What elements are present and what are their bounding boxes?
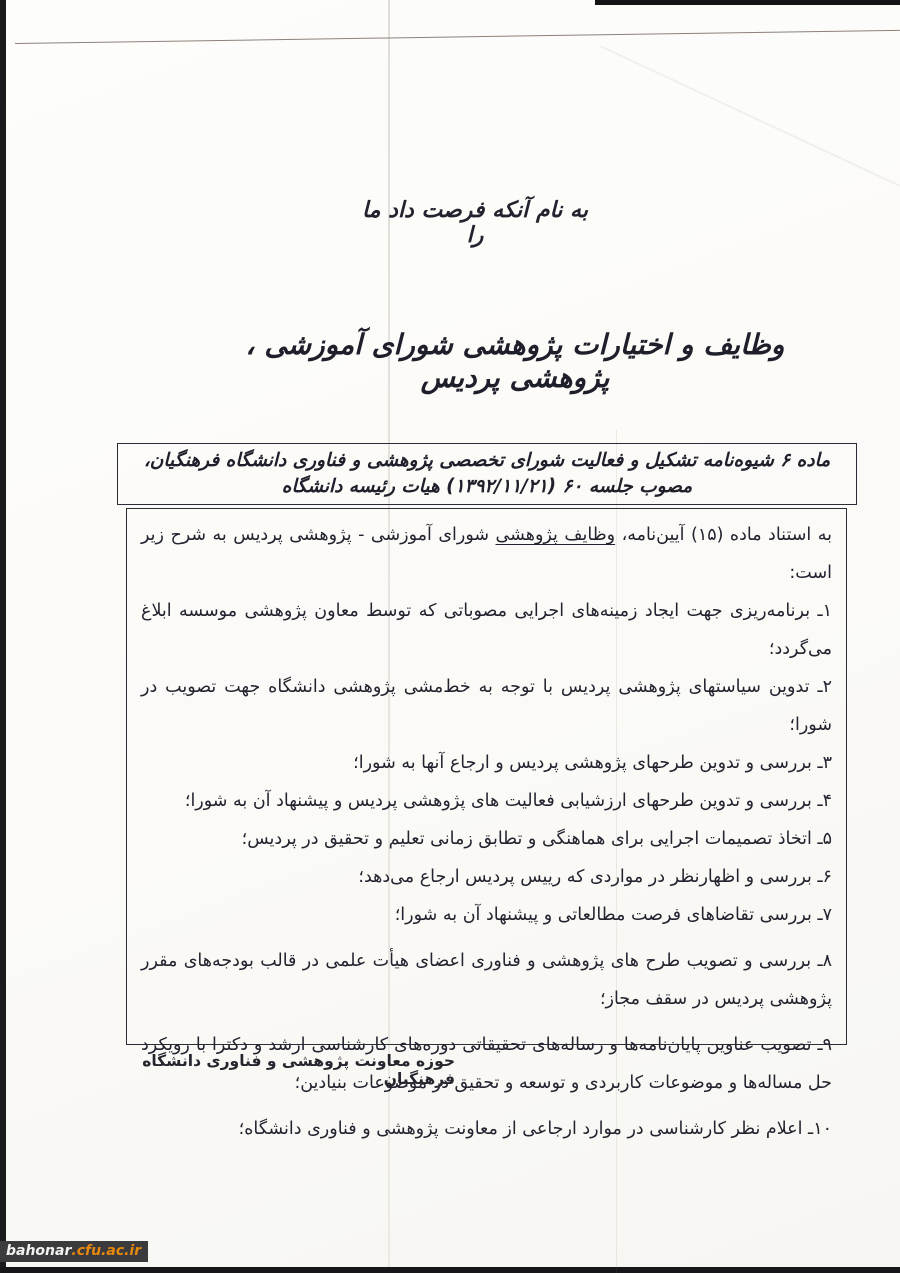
duty-item-10: ۱۰ـ اعلام نظر کارشناسی در موارد ارجاعی ا… [141, 1110, 832, 1148]
duty-item-2: ۲ـ تدوین سیاستهای پژوهشی پردیس با توجه ب… [141, 668, 832, 744]
intro-underlined: وظایف پژوهشی [496, 525, 616, 545]
duty-item-1: ۱ـ برنامه‌ریزی جهت ایجاد زمینه‌های اجرای… [141, 592, 832, 668]
duty-item-8: ۸ـ بررسی و تصویب طرح های پژوهشی و فناوری… [141, 942, 832, 1018]
watermark-url-bar: bahonar .cfu.ac.ir [0, 1241, 148, 1262]
duty-item-6: ۶ـ بررسی و اظهارنظر در مواردی که رییس پر… [141, 858, 832, 896]
intro-pre: به استناد ماده (۱۵) آیین‌نامه، [615, 525, 832, 545]
duty-item-5: ۵ـ اتخاذ تصمیمات اجرایی برای هماهنگی و ت… [141, 820, 832, 858]
bismillah-calligraphy: به نام آنکه فرصت داد ما را [360, 198, 590, 248]
scan-edge-left [0, 0, 6, 1273]
duty-item-3: ۳ـ بررسی و تدوین طرحهای پژوهشی پردیس و ا… [141, 744, 832, 782]
regulation-header-text: ماده ۶ شیوه‌نامه تشکیل و فعالیت شورای تخ… [128, 448, 846, 500]
scan-hairline [15, 30, 900, 44]
watermark-domain: .cfu.ac.ir [71, 1241, 141, 1262]
duties-body-box: به استناد ماده (۱۵) آیین‌نامه، وظایف پژو… [126, 508, 847, 1045]
duty-item-7: ۷ـ بررسی تقاضاهای فرصت مطالعاتی و پیشنها… [141, 896, 832, 934]
duty-item-4: ۴ـ بررسی و تدوین طرحهای ارزشیابی فعالیت … [141, 782, 832, 820]
regulation-header-box: ماده ۶ شیوه‌نامه تشکیل و فعالیت شورای تخ… [117, 443, 857, 505]
paper-crease [600, 45, 900, 191]
intro-line: به استناد ماده (۱۵) آیین‌نامه، وظایف پژو… [141, 516, 832, 592]
scan-edge-top [595, 0, 900, 5]
document-title: وظایف و اختیارات پژوهشی شورای آموزشی ، پ… [200, 328, 830, 394]
scanned-document-page: به نام آنکه فرصت داد ما را وظایف و اختیا… [0, 0, 900, 1273]
scan-edge-bottom [0, 1267, 900, 1273]
watermark-host: bahonar [6, 1241, 71, 1262]
issuing-department: حوزه معاونت پژوهشی و فناوری دانشگاه فرهن… [125, 1052, 455, 1088]
